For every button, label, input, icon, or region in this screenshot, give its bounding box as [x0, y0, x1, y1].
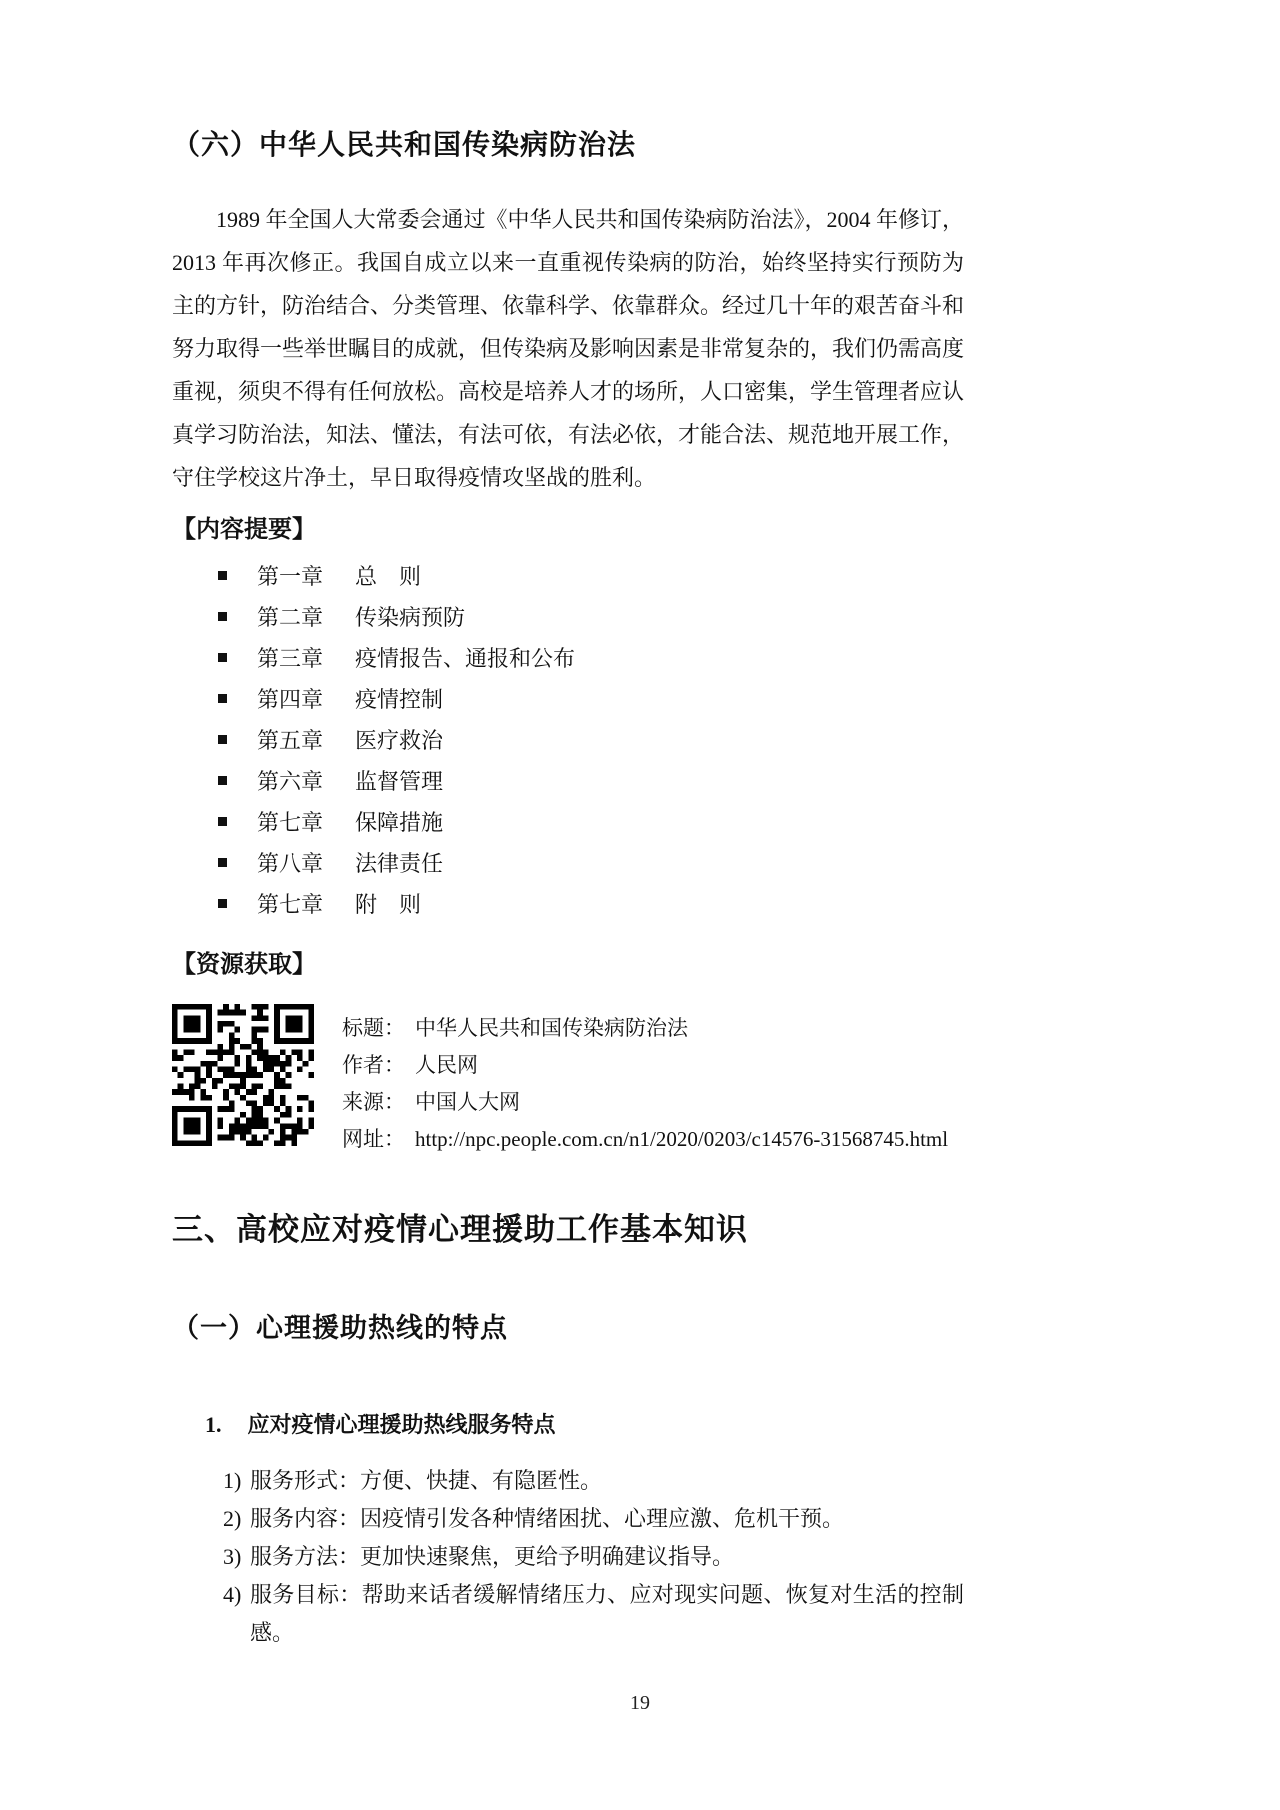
square-bullet-icon	[218, 817, 227, 826]
chapter-title: 疫情报告、通报和公布	[355, 642, 575, 673]
chapter-number: 第五章	[257, 724, 323, 755]
chapter-number: 第八章	[257, 847, 323, 878]
chapter-number: 第三章	[257, 642, 323, 673]
chapter-title: 医疗救治	[355, 724, 443, 755]
resource-url-value[interactable]: http://npc.people.com.cn/n1/2020/0203/c1…	[415, 1121, 948, 1158]
chapter-list: 第一章 总 则 第二章 传染病预防 第三章 疫情报告、通报和公布	[172, 555, 964, 924]
qr-code	[172, 1004, 314, 1146]
resource-author-value: 人民网	[415, 1047, 478, 1084]
chapter-title: 保障措施	[355, 806, 443, 837]
square-bullet-icon	[218, 776, 227, 785]
document-page: （六）中华人民共和国传染病防治法 1989 年全国人大常委会通过《中华人民共和国…	[0, 0, 1280, 1810]
section-three-heading: 三、高校应对疫情心理援助工作基本知识	[172, 1210, 964, 1250]
square-bullet-icon	[218, 653, 227, 662]
item-number: 1)	[223, 1462, 250, 1500]
square-bullet-icon	[218, 694, 227, 703]
chapter-list-item: 第四章 疫情控制	[218, 678, 964, 719]
service-feature-item: 1) 服务形式：方便、快捷、有隐匿性。	[223, 1462, 964, 1500]
square-bullet-icon	[218, 571, 227, 580]
chapter-title: 总 则	[355, 560, 421, 591]
chapter-list-item: 第六章 监督管理	[218, 760, 964, 801]
chapter-list-item: 第一章 总 则	[218, 555, 964, 596]
point-one-number: 1.	[205, 1410, 222, 1440]
resource-title-value: 中华人民共和国传染病防治法	[415, 1010, 688, 1047]
chapter-list-item: 第八章 法律责任	[218, 842, 964, 883]
chapter-list-item: 第七章 附 则	[218, 883, 964, 924]
section-six-paragraph: 1989 年全国人大常委会通过《中华人民共和国传染病防治法》，2004 年修订，…	[172, 198, 964, 499]
square-bullet-icon	[218, 735, 227, 744]
resource-source-value: 中国人大网	[415, 1084, 520, 1121]
chapter-title: 法律责任	[355, 847, 443, 878]
item-text: 服务形式：方便、快捷、有隐匿性。	[250, 1462, 964, 1500]
resource-label: 【资源获取】	[172, 950, 964, 980]
chapter-number: 第四章	[257, 683, 323, 714]
content-summary-label: 【内容提要】	[172, 515, 964, 545]
chapter-number: 第二章	[257, 601, 323, 632]
section-six-heading: （六）中华人民共和国传染病防治法	[172, 128, 964, 164]
item-text: 服务目标：帮助来话者缓解情绪压力、应对现实问题、恢复对生活的控制感。	[250, 1576, 964, 1652]
point-one-title: 应对疫情心理援助热线服务特点	[248, 1410, 556, 1440]
chapter-number: 第一章	[257, 560, 323, 591]
point-one-heading: 1. 应对疫情心理援助热线服务特点	[205, 1410, 964, 1440]
item-text: 服务内容：因疫情引发各种情绪困扰、心理应激、危机干预。	[250, 1500, 964, 1538]
resource-info: 标题： 中华人民共和国传染病防治法 作者： 人民网 来源： 中国人大网 网址： …	[342, 1010, 948, 1158]
chapter-list-item: 第二章 传染病预防	[218, 596, 964, 637]
square-bullet-icon	[218, 858, 227, 867]
chapter-number: 第七章	[257, 888, 323, 919]
resource-url-label: 网址：	[342, 1121, 405, 1158]
subsection-one-heading: （一）心理援助热线的特点	[172, 1310, 964, 1346]
square-bullet-icon	[218, 899, 227, 908]
chapter-list-item: 第五章 医疗救治	[218, 719, 964, 760]
chapter-number: 第七章	[257, 806, 323, 837]
resource-title-row: 标题： 中华人民共和国传染病防治法	[342, 1010, 948, 1047]
service-feature-item: 2) 服务内容：因疫情引发各种情绪困扰、心理应激、危机干预。	[223, 1500, 964, 1538]
resource-author-row: 作者： 人民网	[342, 1047, 948, 1084]
item-number: 4)	[223, 1576, 250, 1652]
item-number: 3)	[223, 1538, 250, 1576]
resource-source-label: 来源：	[342, 1084, 405, 1121]
square-bullet-icon	[218, 612, 227, 621]
page-number: 19	[0, 1692, 1280, 1715]
chapter-number: 第六章	[257, 765, 323, 796]
service-feature-item: 3) 服务方法：更加快速聚焦，更给予明确建议指导。	[223, 1538, 964, 1576]
resource-block: 标题： 中华人民共和国传染病防治法 作者： 人民网 来源： 中国人大网 网址： …	[172, 1004, 964, 1158]
service-feature-list: 1) 服务形式：方便、快捷、有隐匿性。 2) 服务内容：因疫情引发各种情绪困扰、…	[172, 1462, 964, 1652]
resource-author-label: 作者：	[342, 1047, 405, 1084]
chapter-title: 附 则	[355, 888, 421, 919]
resource-title-label: 标题：	[342, 1010, 405, 1047]
resource-source-row: 来源： 中国人大网	[342, 1084, 948, 1121]
chapter-list-item: 第七章 保障措施	[218, 801, 964, 842]
chapter-title: 疫情控制	[355, 683, 443, 714]
item-text: 服务方法：更加快速聚焦，更给予明确建议指导。	[250, 1538, 964, 1576]
chapter-title: 传染病预防	[355, 601, 465, 632]
page-content: （六）中华人民共和国传染病防治法 1989 年全国人大常委会通过《中华人民共和国…	[172, 0, 964, 1652]
resource-url-row: 网址： http://npc.people.com.cn/n1/2020/020…	[342, 1121, 948, 1158]
service-feature-item: 4) 服务目标：帮助来话者缓解情绪压力、应对现实问题、恢复对生活的控制感。	[223, 1576, 964, 1652]
chapter-title: 监督管理	[355, 765, 443, 796]
chapter-list-item: 第三章 疫情报告、通报和公布	[218, 637, 964, 678]
item-number: 2)	[223, 1500, 250, 1538]
